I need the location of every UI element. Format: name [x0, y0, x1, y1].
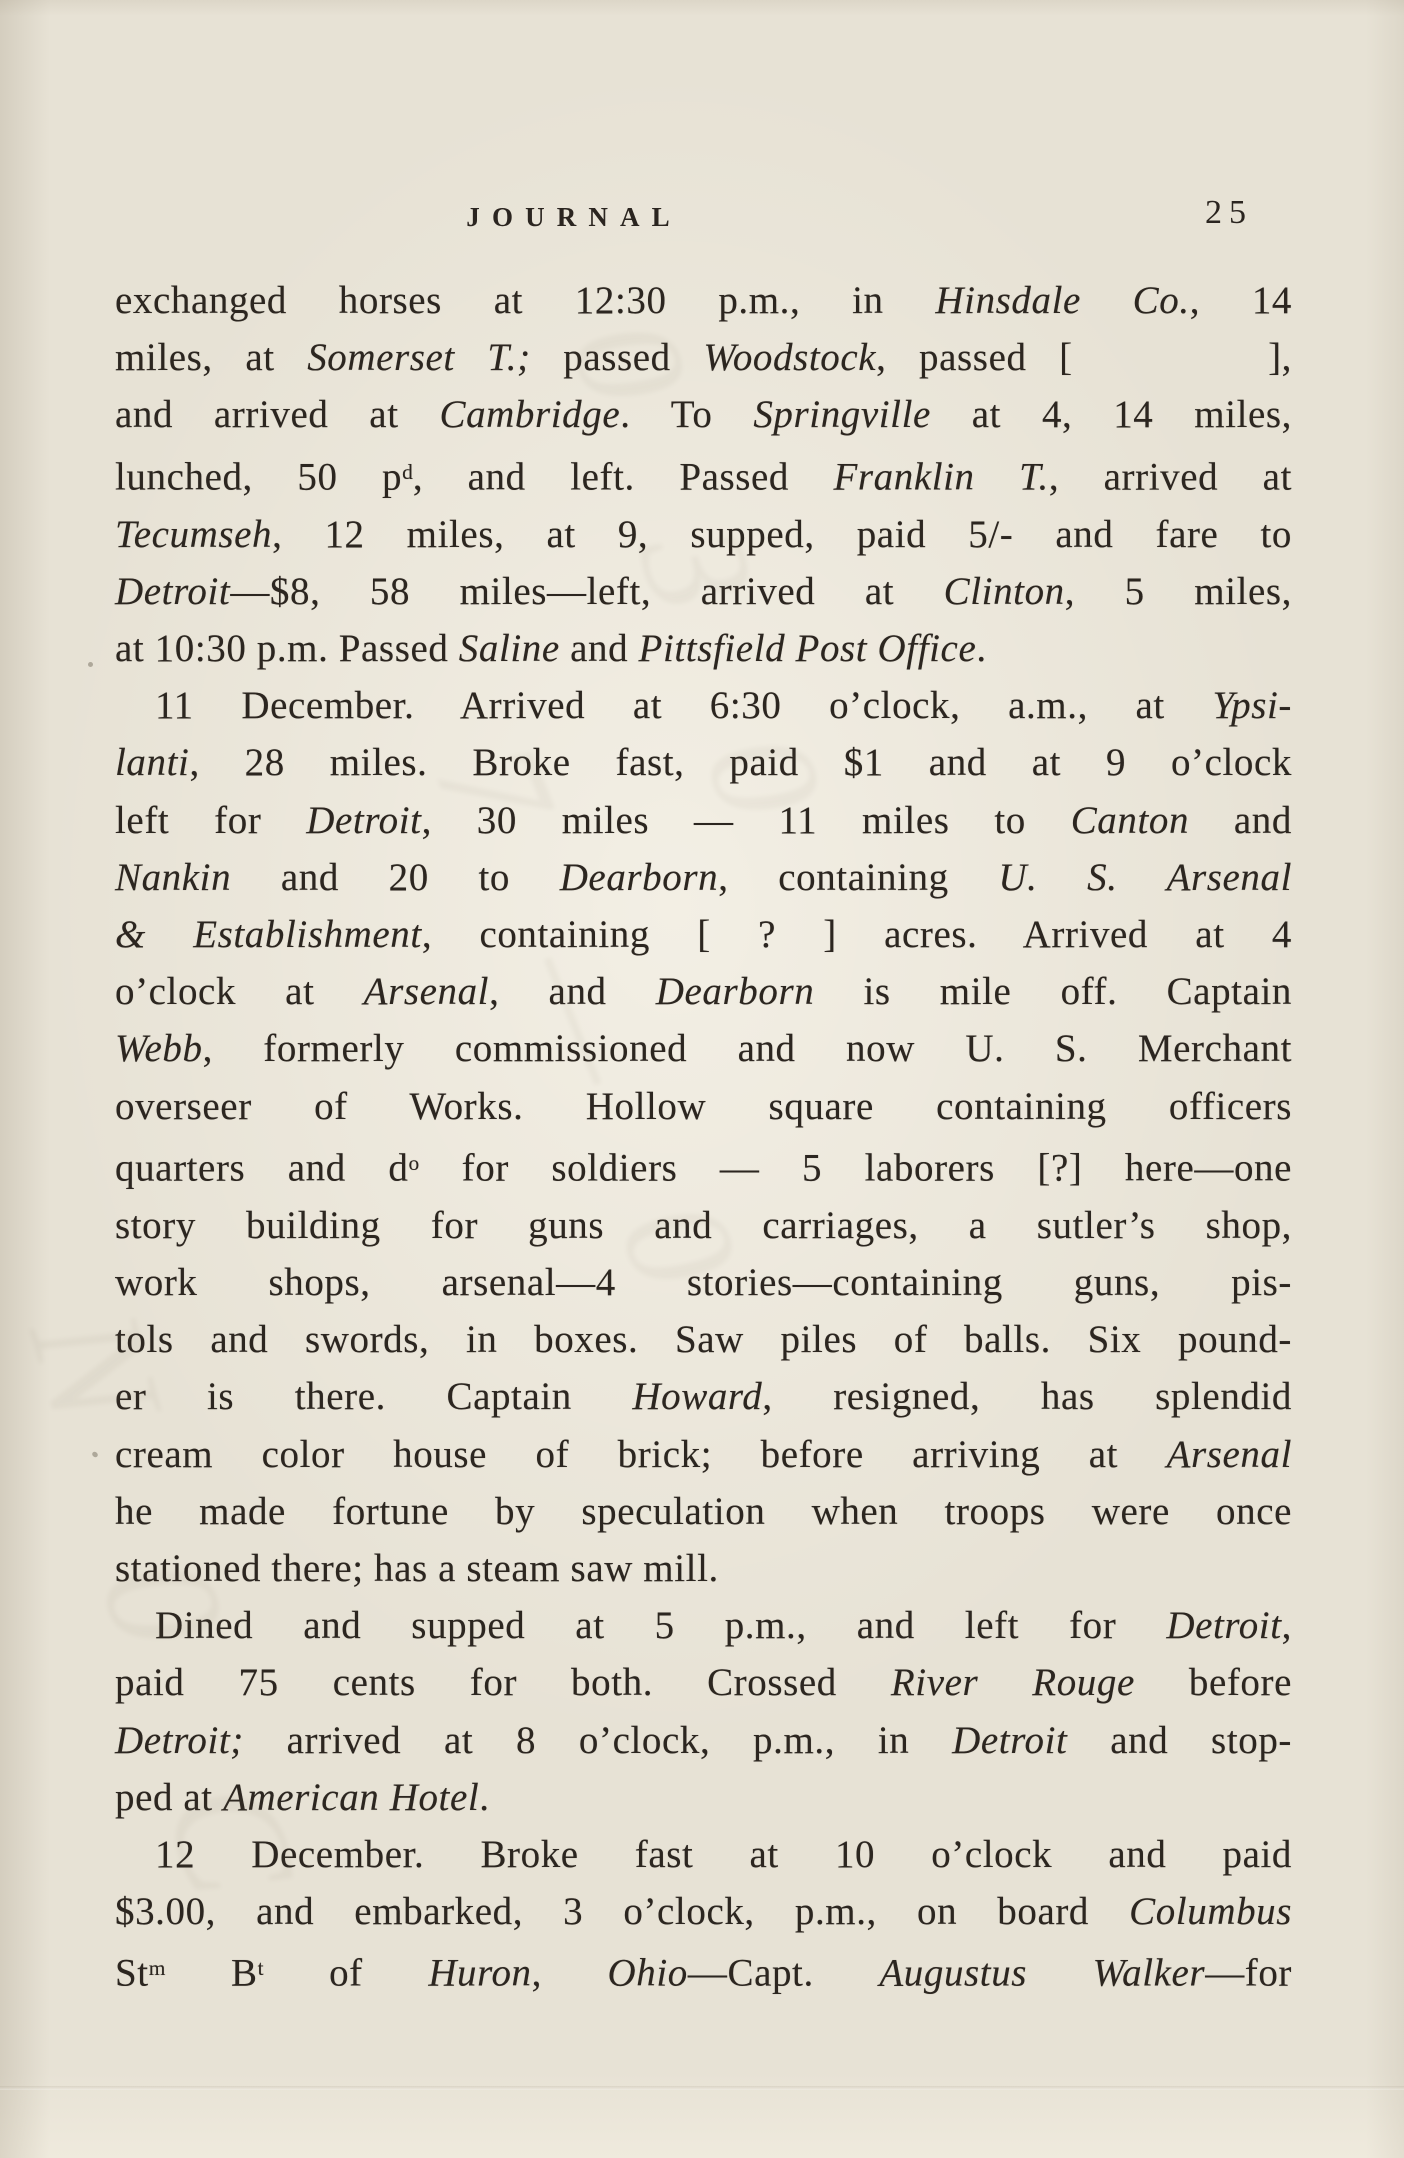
body-text: Dined and supped at 5 p.m., and left for: [155, 1604, 1166, 1647]
italic-text: Augustus Walker: [879, 1952, 1205, 1995]
body-text: before: [1135, 1661, 1292, 1704]
body-text: and arrived at: [115, 393, 439, 436]
italic-text: Detroit: [115, 570, 230, 613]
text-line: tols and swords, in boxes. Saw piles of …: [115, 1311, 1292, 1368]
text-line: ped at American Hotel.: [115, 1769, 1292, 1826]
italic-text: Webb: [115, 1027, 203, 1070]
body-text: for soldiers — 5 laborers [?] here—one: [419, 1146, 1292, 1189]
text-line: and arrived at Cambridge. To Springville…: [115, 386, 1292, 443]
italic-text: Columbus: [1129, 1890, 1292, 1933]
text-line: lunched, 50 pd, and left. Passed Frankli…: [115, 444, 1292, 506]
body-text: , 12 miles, at 9, supped, paid 5/- and f…: [272, 513, 1292, 556]
running-head-title: JOURNAL: [454, 202, 682, 233]
body-text: , arrived at: [1049, 455, 1292, 498]
body-text: , and: [489, 970, 656, 1013]
body-text: lunched, 50 p: [115, 455, 402, 498]
italic-text: U. S. Arsenal: [998, 856, 1292, 899]
body-text: , and left. Passed: [413, 455, 834, 498]
superscript-text: d: [402, 460, 413, 484]
body-text: he made fortune by speculation when troo…: [115, 1490, 1292, 1533]
body-text: of: [264, 1952, 429, 1995]
body-text: cream color house of brick; before arriv…: [115, 1433, 1167, 1476]
text-line: Detroit; arrived at 8 o’clock, p.m., in …: [115, 1712, 1292, 1769]
italic-text: Detroit: [952, 1719, 1067, 1762]
italic-text: Canton: [1071, 799, 1189, 842]
italic-text: Pittsfield Post Office: [639, 627, 977, 670]
italic-text: lanti: [115, 741, 189, 784]
body-text: , 30 miles — 11 miles to: [422, 799, 1071, 842]
paragraph: Dined and supped at 5 p.m., and left for…: [115, 1597, 1292, 1826]
body-text: and stop-: [1067, 1719, 1292, 1762]
body-text: .: [976, 627, 986, 670]
text-line: Nankin and 20 to Dearborn, containing U.…: [115, 849, 1292, 906]
body-text: .: [479, 1776, 489, 1819]
paragraph: exchanged horses at 12:30 p.m., in Hinsd…: [115, 272, 1292, 677]
body-text: , 28 miles. Broke fast, paid $1 and at 9…: [189, 741, 1292, 784]
body-text: , resigned, has splendid: [762, 1375, 1292, 1418]
italic-text: Ohio: [608, 1952, 688, 1995]
body-text: story building for guns and carriages, a…: [115, 1204, 1292, 1247]
book-page: JOURNAL 25 exchanged horses at 12:30 p.m…: [0, 0, 1404, 2158]
text-line: cream color house of brick; before arriv…: [115, 1426, 1292, 1483]
italic-text: Arsenal: [1167, 1433, 1292, 1476]
italic-text: Franklin T.: [833, 455, 1048, 498]
text-line: quarters and do for soldiers — 5 laborer…: [115, 1135, 1292, 1197]
italic-text: Arsenal: [364, 970, 489, 1013]
text-line: Stm Bt of Huron, Ohio—Capt. Augustus Wal…: [115, 1940, 1292, 2002]
body-text: $3.00, and embarked, 3 o’clock, p.m., on…: [115, 1890, 1129, 1933]
paragraph: 12 December. Broke fast at 10 o’clock an…: [115, 1826, 1292, 2002]
italic-text: American Hotel: [223, 1776, 479, 1819]
italic-text: Huron: [428, 1952, 531, 1995]
italic-text: Woodstock: [703, 336, 876, 379]
body-text: overseer of Works. Hollow square contain…: [115, 1085, 1292, 1128]
italic-text: Ypsi-: [1212, 684, 1292, 727]
text-line: he made fortune by speculation when troo…: [115, 1483, 1292, 1540]
text-line: & Establishment, containing [ ? ] acres.…: [115, 906, 1292, 963]
paper-crease: [0, 2086, 1404, 2090]
text-line: overseer of Works. Hollow square contain…: [115, 1078, 1292, 1135]
body-text: St: [115, 1952, 149, 1995]
italic-text: Dearborn: [656, 970, 815, 1013]
body-text: tols and swords, in boxes. Saw piles of …: [115, 1318, 1292, 1361]
body-text: , passed [ ],: [876, 336, 1292, 379]
body-text: —Capt.: [688, 1952, 879, 1995]
italic-text: Nankin: [115, 856, 231, 899]
body-text: —for: [1205, 1952, 1292, 1995]
body-text: at 10:30 p.m. Passed: [115, 627, 459, 670]
italic-text: & Establishment: [115, 913, 422, 956]
body-text: er is there. Captain: [115, 1375, 632, 1418]
paper-speck: [91, 1451, 99, 1459]
body-text: —$8, 58 miles—left, arrived at: [230, 570, 943, 613]
body-text: , formerly commissioned and now U. S. Me…: [203, 1027, 1292, 1070]
italic-text: Hinsdale Co.: [935, 279, 1189, 322]
paragraph: 11 December. Arrived at 6:30 o’clock, a.…: [115, 677, 1292, 1597]
italic-text: Howard: [632, 1375, 762, 1418]
body-text: and: [1189, 799, 1292, 842]
text-line: 12 December. Broke fast at 10 o’clock an…: [115, 1826, 1292, 1883]
text-line: Webb, formerly commissioned and now U. S…: [115, 1020, 1292, 1077]
paper-speck: [88, 662, 93, 667]
text-line: er is there. Captain Howard, resigned, h…: [115, 1368, 1292, 1425]
text-line: Tecumseh, 12 miles, at 9, supped, paid 5…: [115, 506, 1292, 563]
body-text: o’clock at: [115, 970, 364, 1013]
body-text: ,: [532, 1952, 608, 1995]
body-text: at 4, 14 miles,: [931, 393, 1292, 436]
text-line: paid 75 cents for both. Crossed River Ro…: [115, 1654, 1292, 1711]
body-text: , containing [ ? ] acres. Arrived at 4: [422, 913, 1292, 956]
body-text: , 5 miles,: [1065, 570, 1292, 613]
superscript-text: o: [408, 1151, 419, 1175]
text-line: $3.00, and embarked, 3 o’clock, p.m., on…: [115, 1883, 1292, 1940]
body-text: , containing: [718, 856, 998, 899]
text-line: work shops, arsenal—4 stories—containing…: [115, 1254, 1292, 1311]
body-text: B: [165, 1952, 257, 1995]
body-text: paid 75 cents for both. Crossed: [115, 1661, 891, 1704]
body-text: quarters and d: [115, 1146, 408, 1189]
body-text: work shops, arsenal—4 stories—containing…: [115, 1261, 1292, 1304]
body-text: 12 December. Broke fast at 10 o’clock an…: [155, 1833, 1292, 1876]
journal-text-block: exchanged horses at 12:30 p.m., in Hinsd…: [115, 272, 1292, 2002]
text-line: miles, at Somerset T.; passed Woodstock,…: [115, 329, 1292, 386]
body-text: ,: [1282, 1604, 1292, 1647]
text-line: left for Detroit, 30 miles — 11 miles to…: [115, 792, 1292, 849]
body-text: miles, at: [115, 336, 307, 379]
text-line: o’clock at Arsenal, and Dearborn is mile…: [115, 963, 1292, 1020]
body-text: 11 December. Arrived at 6:30 o’clock, a.…: [155, 684, 1212, 727]
body-text: stationed there; has a steam saw mill.: [115, 1547, 719, 1590]
italic-text: Saline: [459, 627, 560, 670]
italic-text: Tecumseh: [115, 513, 272, 556]
italic-text: Clinton: [944, 570, 1065, 613]
text-line: exchanged horses at 12:30 p.m., in Hinsd…: [115, 272, 1292, 329]
body-text: arrived at 8 o’clock, p.m., in: [244, 1719, 952, 1762]
body-text: ped at: [115, 1776, 223, 1819]
body-text: and: [560, 627, 639, 670]
italic-text: Springville: [753, 393, 931, 436]
body-text: , 14: [1190, 279, 1292, 322]
italic-text: River Rouge: [891, 1661, 1135, 1704]
text-line: stationed there; has a steam saw mill.: [115, 1540, 1292, 1597]
body-text: is mile off. Captain: [814, 970, 1292, 1013]
text-line: Dined and supped at 5 p.m., and left for…: [115, 1597, 1292, 1654]
text-line: Detroit—$8, 58 miles—left, arrived at Cl…: [115, 563, 1292, 620]
italic-text: Somerset T.;: [307, 336, 531, 379]
italic-text: Detroit: [1166, 1604, 1281, 1647]
body-text: . To: [620, 393, 753, 436]
superscript-text: m: [149, 1956, 166, 1980]
italic-text: Cambridge: [439, 393, 620, 436]
text-line: at 10:30 p.m. Passed Saline and Pittsfie…: [115, 620, 1292, 677]
running-head: JOURNAL 25: [0, 198, 1404, 252]
text-line: 11 December. Arrived at 6:30 o’clock, a.…: [115, 677, 1292, 734]
body-text: passed: [531, 336, 704, 379]
italic-text: Dearborn: [560, 856, 719, 899]
italic-text: Detroit: [306, 799, 421, 842]
body-text: left for: [115, 799, 306, 842]
body-text: and 20 to: [231, 856, 560, 899]
page-number: 25: [1205, 194, 1253, 232]
body-text: exchanged horses at 12:30 p.m., in: [115, 279, 935, 322]
italic-text: Detroit;: [115, 1719, 244, 1762]
text-line: lanti, 28 miles. Broke fast, paid $1 and…: [115, 734, 1292, 791]
text-line: story building for guns and carriages, a…: [115, 1197, 1292, 1254]
